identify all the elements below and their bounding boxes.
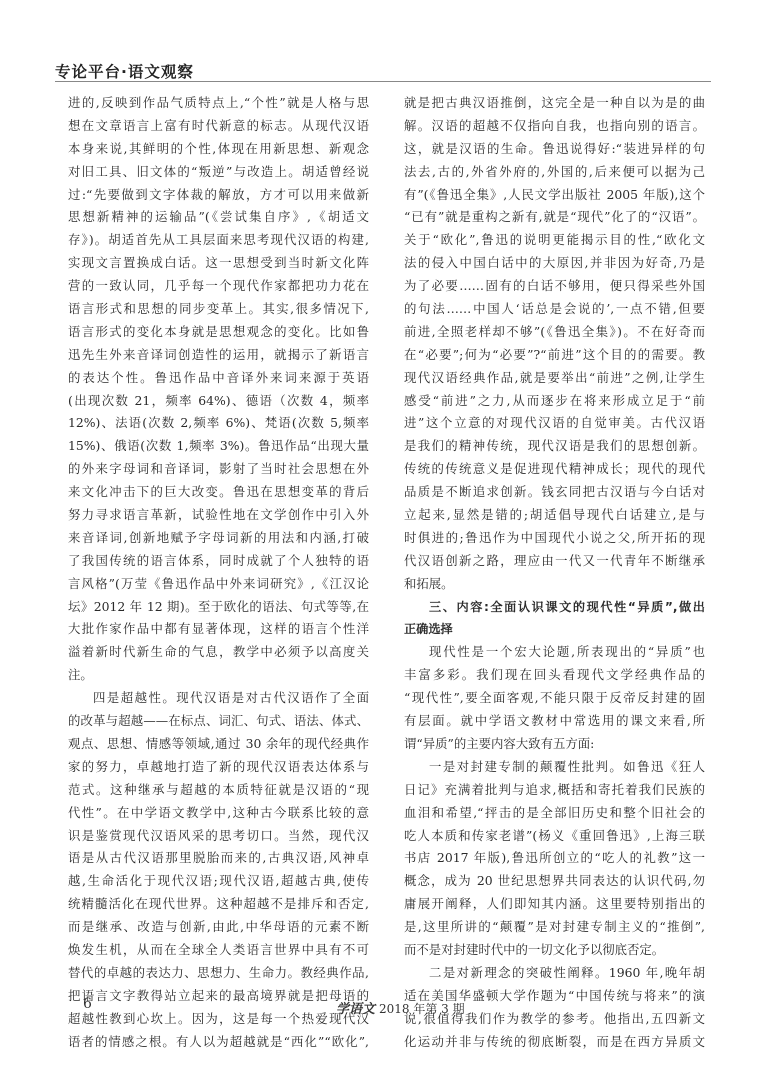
text-line: 关于“欧化”,鲁迅的说明更能揭示目的性,“欧化文 (404, 229, 705, 252)
text-line: 法的侵入中国白话中的大原因,并非因为好奇,乃是 (404, 252, 705, 275)
text-line: “现代性”,要全面客观,不能只限于反帝反封建的固 (404, 687, 705, 710)
text-line: 前进,全照老样却不够”(《鲁迅全集》)。不在好奇而 (404, 321, 705, 344)
text-line: 12%)、法语(次数 2,频率 6%)、梵语(次数 5,频率 (68, 412, 369, 435)
text-line: 法去,古的,外省外府的,外国的,后来便可以据为己 (404, 161, 705, 184)
text-line: 二是对新理念的突破性阐释。1960 年,晚年胡 (404, 962, 705, 985)
text-line: 和拓展。 (404, 573, 705, 596)
journal-name: 学语文 (336, 1002, 375, 1017)
text-line: 对旧工具、旧文体的“叛逆”与改造上。胡适曾经说 (68, 161, 369, 184)
text-line: 范式。这种继承与超越的本质特征就是汉语的“现 (68, 779, 369, 802)
text-line: 替代的卓越的表达力、思想力、生命力。教经典作品, (68, 962, 369, 985)
text-line: 日记》充满着批判与追求,概括和寄托着我们民族的 (404, 779, 705, 802)
text-line: 是我们的精神传统，现代汉语是我们的思想创新。 (404, 435, 705, 458)
text-line: 来音译词,创新地赋予字母词新的用法和内涵,打破 (68, 527, 369, 550)
text-line: 把语言文字教得站立起来的最高境界就是把母语的 (68, 985, 369, 1008)
text-line: 三、内容:全面认识课文的现代性“异质”,做出 (404, 596, 705, 619)
text-line: 正确选择 (404, 618, 705, 641)
text-line: 而是继承、改造与创新,由此,中华母语的元素不断 (68, 916, 369, 939)
text-line: 吃人本质和传家老谱”(杨义《重回鲁迅》,上海三联 (404, 825, 705, 848)
text-line: 家的努力，卓越地打造了新的现代汉语表达体系与 (68, 756, 369, 779)
text-line: 四是超越性。现代汉语是对古代汉语作了全面 (68, 687, 369, 710)
text-line: 进的,反映到作品气质特点上,“个性”就是人格与思 (68, 92, 369, 115)
text-line: 代性”。在中学语文教学中,这种古今联系比较的意 (68, 802, 369, 825)
text-line: 是,这里所讲的“颠覆”是对封建专制主义的“推倒”, (404, 916, 705, 939)
text-line: 大批作家作品中都有显著体现，这样的语言个性洋 (68, 618, 369, 641)
text-line: 书店 2017 年版),鲁迅所创立的“吃人的礼教”这一 (404, 847, 705, 870)
text-line: 统精髓活化在现代世界。这种超越不是排斥和否定, (68, 893, 369, 916)
text-line: 15%)、俄语(次数 1,频率 3%)。鲁迅作品“出现大量 (68, 435, 369, 458)
text-line: 在“必要”;何为“必要”?“前进”这个目的的需要。教 (404, 344, 705, 367)
text-line: 过:“先要做到文字体裁的解放，方才可以用来做新 (68, 184, 369, 207)
text-line: 感受“前进”之力,从而逐步在将来形成立足于“前 (404, 390, 705, 413)
text-line: 的表达个性。鲁迅作品中音译外来词来源于英语 (68, 367, 369, 390)
text-line: 谓“异质”的主要内容大致有五方面: (404, 733, 705, 756)
text-line: 品质是不断追求创新。钱玄同把古汉语与今白话对 (404, 481, 705, 504)
text-line: 语者的情感之根。有人以为超越就是“西化”“欧化”, (68, 1031, 369, 1054)
journal-issue: 2018 年第 3 期 (379, 1002, 465, 1016)
text-line: 了我国传统的语言体系，同时成就了个人独特的语 (68, 550, 369, 573)
text-line: 思想新精神的运输品”(《尝试集自序》,《胡适文 (68, 206, 369, 229)
text-line: 化运动并非与传统的彻底断裂，而是在西方异质文 (404, 1031, 705, 1054)
text-line: 一是对封建专制的颠覆性批判。如鲁迅《狂人 (404, 756, 705, 779)
text-line: 立起来,显然是错的;胡适倡导现代白话建立,是与 (404, 504, 705, 527)
text-line: 而不是对封建时代中的一切文化予以彻底否定。 (404, 939, 705, 962)
text-line: 有层面。就中学语文教材中常选用的课文来看,所 (404, 710, 705, 733)
text-line: 的句法……中国人‘话总是会说的’,一点不错,但要 (404, 298, 705, 321)
text-line: 血泪和希望,“抨击的是全部旧历史和整个旧社会的 (404, 802, 705, 825)
text-line: 来文化冲击下的巨大改变。鲁迅在思想变革的背后 (68, 481, 369, 504)
text-line: (出现次数 21，频率 64%)、德语（次数 4，频率 (68, 390, 369, 413)
text-line: 代汉语创新之路，理应由一代又一代青年不断继承 (404, 550, 705, 573)
text-line: 实现文言置换成白话。这一思想受到当时新文化阵 (68, 252, 369, 275)
page-number: 6 (83, 996, 92, 1012)
text-line: 进”这个立意的对现代汉语的自觉审美。古代汉语 (404, 412, 705, 435)
text-line: 语是从古代汉语那里脱胎而来的,古典汉语,风神卓 (68, 847, 369, 870)
text-line: 识是鉴赏现代汉语风采的思考切口。当然，现代汉 (68, 825, 369, 848)
text-line: 超越性教到心坎上。因为，这是每一个热爱现代汉 (68, 1008, 369, 1031)
text-line: 为了必要……固有的白话不够用，便只得采些外国 (404, 275, 705, 298)
text-line: 时俱进的;鲁迅作为中国现代小说之父,所开拓的现 (404, 527, 705, 550)
text-line: 庸展开阐释，人们即知其内涵。这里要特别指出的 (404, 893, 705, 916)
text-line: 想在文章语言上富有时代新意的标志。从现代汉语 (68, 115, 369, 138)
journal-footer: 学语文2018 年第 3 期 (336, 998, 465, 1017)
text-line: 坛》2012 年 12 期)。至于欧化的语法、句式等等,在 (68, 596, 369, 619)
text-line: 观点、思想、情感等领域,通过 30 余年的现代经典作 (68, 733, 369, 756)
text-line: 存》)。胡适首先从工具层面来思考现代汉语的构建, (68, 229, 369, 252)
text-line: 溢着新时代新生命的气息，教学中必须予以高度关 (68, 641, 369, 664)
right-text-column: 就是把古典汉语推倒，这完全是一种自以为是的曲解。汉语的超越不仅指向自我，也指向别… (404, 92, 705, 1053)
header-divider (55, 81, 711, 82)
text-line: 努力寻求语言革新，试验性地在文学创作中引入外 (68, 504, 369, 527)
text-line: 言风格”(万莹《鲁迅作品中外来词研究》,《江汉论 (68, 573, 369, 596)
text-line: 就是把古典汉语推倒，这完全是一种自以为是的曲 (404, 92, 705, 115)
text-line: 越,生命活化于现代汉语;现代汉语,超越古典,使传 (68, 870, 369, 893)
text-line: 传统的传统意义是促进现代精神成长；现代的现代 (404, 458, 705, 481)
text-line: 概念，成为 20 世纪思想界共同表达的认识代码,勿 (404, 870, 705, 893)
text-line: 的改革与超越——在标点、词汇、句式、语法、体式、 (68, 710, 369, 733)
text-line: 这，就是汉语的生命。鲁迅说得好:“装进异样的句 (404, 138, 705, 161)
text-line: 焕发生机，从而在全球全人类语言世界中具有不可 (68, 939, 369, 962)
text-line: 有”(《鲁迅全集》,人民文学出版社 2005 年版),这个 (404, 184, 705, 207)
text-line: 丰富多彩。我们现在回头看现代文学经典作品的 (404, 664, 705, 687)
text-line: 注。 (68, 664, 369, 687)
text-line: 的外来字母词和音译词，影射了当时社会思想在外 (68, 458, 369, 481)
text-line: 现代汉语经典作品,就是要举出“前进”之例,让学生 (404, 367, 705, 390)
text-line: 营的一致认同，几乎每一个现代作家都把功力花在 (68, 275, 369, 298)
section-title: 专论平台·语文观察 (55, 60, 194, 82)
text-line: 现代性是一个宏大论题,所表现出的“异质”也 (404, 641, 705, 664)
text-line: 解。汉语的超越不仅指向自我，也指向别的语言。 (404, 115, 705, 138)
text-line: 本身来说,其鲜明的个性,体现在用新思想、新观念 (68, 138, 369, 161)
text-line: “已有”就是重构之新有,就是“现代”化了的“汉语”。 (404, 206, 705, 229)
text-line: 语言形式和思想的同步变革上。其实,很多情况下, (68, 298, 369, 321)
text-line: 语言形式的变化本身就是思想观念的变化。比如鲁 (68, 321, 369, 344)
left-text-column: 进的,反映到作品气质特点上,“个性”就是人格与思想在文章语言上富有时代新意的标志… (68, 92, 369, 1053)
text-line: 迅先生外来音译词创造性的运用，就揭示了新语言 (68, 344, 369, 367)
